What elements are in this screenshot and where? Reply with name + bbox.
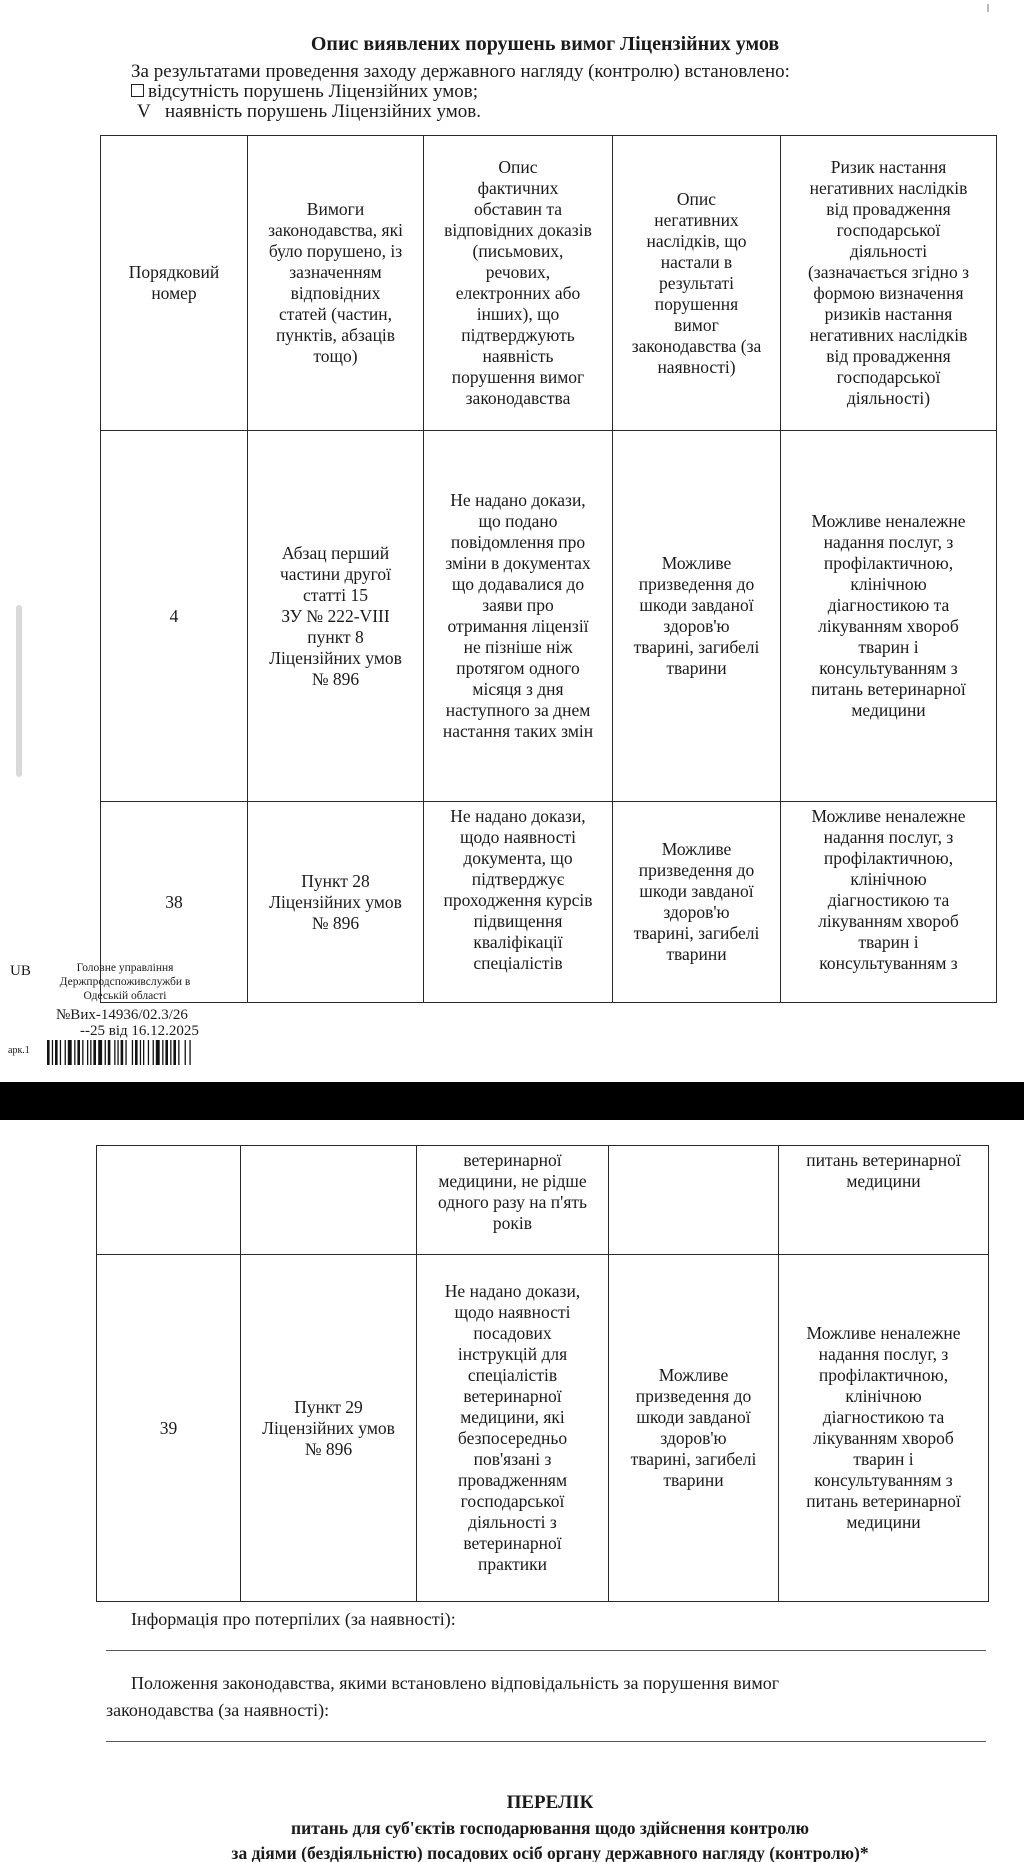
cell-text: надання послуг, з [784, 532, 993, 553]
table-row: 39Пункт 29Ліцензійних умов№ 896Не надано… [97, 1255, 989, 1602]
cell-text: призведення до [616, 860, 777, 881]
cell-text: тварин і [782, 1449, 985, 1470]
cell-text: вимог [616, 315, 777, 336]
cell-consequences: Можливепризведення дошкоди завданоїздоро… [613, 802, 781, 1003]
cell-text: господарської [420, 1491, 605, 1512]
cell-text: тварині, загибелі [612, 1449, 775, 1470]
cell-text: здоров'ю [612, 1428, 775, 1449]
cell-text: 4 [104, 606, 244, 627]
cell-text: Можливе [616, 839, 777, 860]
cell-text: тварині, загибелі [616, 637, 777, 658]
cell-text: проходження курсів [427, 890, 609, 911]
law-provisions-label-cont: законодавства (за наявності): [106, 1700, 329, 1721]
check-mark-icon: V [137, 102, 153, 122]
cell-text: підтверджують [427, 325, 609, 346]
stamp-organization: Головне управління Держпродспоживслужби … [45, 961, 205, 1003]
cell-text: здоров'ю [616, 616, 777, 637]
cell-text: питань ветеринарної [784, 679, 993, 700]
cell-text: надання послуг, з [784, 827, 993, 848]
law-provisions-line[interactable] [106, 1741, 986, 1742]
cell-text: Опис [616, 189, 777, 210]
cell-text: статті 15 [251, 585, 420, 606]
option-label: наявність порушень Ліцензійних умов. [165, 101, 481, 122]
cell-text: відповідних [251, 283, 420, 304]
cell-text: консультуванням з [784, 953, 993, 974]
cell-text: одного разу на п'ять [420, 1192, 605, 1213]
cell-text: спеціалістів [420, 1365, 605, 1386]
cell-text: Не надано докази, [420, 1281, 605, 1302]
cell-text: медицини [782, 1171, 985, 1192]
cell-text: консультуванням з [782, 1470, 985, 1491]
cell-text: Не надано докази, [427, 490, 609, 511]
cell-facts: Не надано докази,що поданоповідомлення п… [424, 431, 613, 802]
intro-text: За результатами проведення заходу держав… [131, 62, 790, 82]
cell-text: призведення до [616, 574, 777, 595]
cell-text: ЗУ № 222-VIII [251, 606, 420, 627]
cell-text: медицини [784, 700, 993, 721]
cell-text: документа, що [427, 848, 609, 869]
cell-text: відповідних доказів [427, 220, 609, 241]
cell-text: господарської [784, 367, 993, 388]
cell-text: років [420, 1213, 605, 1234]
cell-text: наявності) [616, 357, 777, 378]
cell-text: підтверджує [427, 869, 609, 890]
header-facts: Описфактичнихобставин тавідповідних дока… [424, 136, 613, 431]
cell-text: законодавства [427, 388, 609, 409]
cell-number: 4 [101, 431, 248, 802]
cell-text: настали в [616, 252, 777, 273]
cell-text: провадженням [420, 1470, 605, 1491]
cell-risk: Можливе неналежненадання послуг, зпрофіл… [781, 431, 997, 802]
cell-text: інструкцій для [420, 1344, 605, 1365]
cell-text: тварини [616, 658, 777, 679]
cell-text: Абзац перший [251, 543, 420, 564]
cell-text: що додавалися до [427, 574, 609, 595]
victims-info-label: Інформація про потерпілих (за наявності)… [131, 1609, 456, 1630]
cell-text: фактичних [427, 178, 609, 199]
document-title: Опис виявлених порушень вимог Ліцензійни… [0, 33, 1024, 56]
stamp-prefix: UB [10, 963, 31, 980]
cell-text: повідомлення про [427, 532, 609, 553]
cell-number: 39 [97, 1255, 241, 1602]
cell-text: електронних або [427, 283, 609, 304]
option-violations-found[interactable]: Vнаявність порушень Ліцензійних умов. [131, 102, 790, 122]
cell-text: діяльності з [420, 1512, 605, 1533]
cell-text: Пункт 28 [251, 871, 420, 892]
law-provisions-label: Положення законодавства, якими встановле… [131, 1673, 779, 1694]
cell-text: тварини [612, 1470, 775, 1491]
cell-text: питань ветеринарної [782, 1491, 985, 1512]
cell-text: Можливе неналежне [784, 806, 993, 827]
cell-text: наявність [427, 346, 609, 367]
cell-requirement: Пункт 29Ліцензійних умов№ 896 [241, 1255, 417, 1602]
cell-text: пов'язані з [420, 1449, 605, 1470]
list-title: ПЕРЕЛІК [0, 1792, 1024, 1814]
stamp-number: №Вих-14936/02.3/26 [56, 1008, 188, 1023]
cell-text: (письмових, [427, 241, 609, 262]
cell-text: від провадження [784, 346, 993, 367]
cell-text: Ліцензійних умов [251, 892, 420, 913]
cell-text: щодо наявності [427, 827, 609, 848]
cell-text: практики [420, 1554, 605, 1575]
cell-consequences [609, 1146, 779, 1255]
cell-text: було порушено, із [251, 241, 420, 262]
cell-text: № 896 [251, 669, 420, 690]
cell-text: наслідків, що [616, 231, 777, 252]
page-separator [0, 1082, 1024, 1120]
cell-text: лікуванням хвороб [784, 911, 993, 932]
cell-text: клінічною [784, 869, 993, 890]
header-consequences: Описнегативнихнаслідків, щонастали врезу… [613, 136, 781, 431]
checkbox-empty-icon[interactable] [131, 84, 144, 97]
table-row: 38Пункт 28Ліцензійних умов№ 896Не надано… [101, 802, 997, 1003]
stamp-sheet: арк.1 [8, 1045, 30, 1056]
cell-text: Можливе [616, 553, 777, 574]
cell-text: діагностикою та [784, 890, 993, 911]
cell-text: Порядковий [104, 262, 244, 283]
scan-speck [987, 4, 989, 12]
scrollbar-thumb[interactable] [16, 605, 22, 777]
cell-text: питань ветеринарної [782, 1150, 985, 1171]
cell-text: кваліфікації [427, 932, 609, 953]
cell-text: здоров'ю [616, 902, 777, 923]
cell-text: Не надано докази, [427, 806, 609, 827]
cell-text: ветеринарної [420, 1533, 605, 1554]
cell-text: 38 [104, 892, 244, 913]
cell-text: (зазначається згідно з [784, 262, 993, 283]
cell-text: від провадження [784, 199, 993, 220]
cell-text: профілактичною, [784, 848, 993, 869]
cell-text: клінічною [782, 1386, 985, 1407]
cell-text: Можливе [612, 1365, 775, 1386]
table-header-row: ПорядковийномерВимогизаконодавства, якіб… [101, 136, 997, 431]
cell-text: Можливе неналежне [782, 1323, 985, 1344]
cell-text: зміни в документах [427, 553, 609, 574]
cell-text: профілактичною, [782, 1365, 985, 1386]
list-subtitle-cont: за діями (бездіяльністю) посадових осіб … [0, 1843, 1024, 1862]
cell-text: тварині, загибелі [616, 923, 777, 944]
cell-text: тварин і [784, 637, 993, 658]
cell-text: тварини [616, 944, 777, 965]
option-label: відсутність порушень Ліцензійних умов; [148, 81, 478, 102]
cell-text: законодавства (за [616, 336, 777, 357]
cell-text: призведення до [612, 1386, 775, 1407]
table-row: 4Абзац першийчастини другоїстатті 15ЗУ №… [101, 431, 997, 802]
list-subtitle: питань для суб'єктів господарювання щодо… [0, 1818, 1024, 1839]
cell-text: номер [104, 283, 244, 304]
cell-text: що подано [427, 511, 609, 532]
cell-text: результаті [616, 273, 777, 294]
cell-text: законодавства, які [251, 220, 420, 241]
cell-text: статей (частин, [251, 304, 420, 325]
cell-text: негативних [616, 210, 777, 231]
cell-text: діагностикою та [782, 1407, 985, 1428]
option-no-violations[interactable]: відсутність порушень Ліцензійних умов; [131, 82, 790, 102]
cell-text: порушення вимог [427, 367, 609, 388]
stamp-date: --25 від 16.12.2025 [80, 1024, 199, 1039]
cell-text: спеціалістів [427, 953, 609, 974]
cell-text: медицини [782, 1512, 985, 1533]
cell-requirement: Абзац першийчастини другоїстатті 15ЗУ № … [248, 431, 424, 802]
cell-text: господарської [784, 220, 993, 241]
cell-text: негативних наслідків [784, 325, 993, 346]
cell-text: 39 [100, 1418, 237, 1439]
cell-risk: питань ветеринарноїмедицини [779, 1146, 989, 1255]
cell-text: № 896 [244, 1439, 413, 1460]
cell-text: надання послуг, з [782, 1344, 985, 1365]
cell-text: Пункт 29 [244, 1397, 413, 1418]
cell-text: ризиків настання [784, 304, 993, 325]
cell-facts: Не надано докази,щодо наявностідокумента… [424, 802, 613, 1003]
cell-text: пункт 8 [251, 627, 420, 648]
cell-text: пунктів, абзаців [251, 325, 420, 346]
cell-text: ветеринарної [420, 1150, 605, 1171]
cell-text: лікуванням хвороб [782, 1428, 985, 1449]
header-requirement: Вимогизаконодавства, якібуло порушено, і… [248, 136, 424, 431]
header-risk: Ризик настаннянегативних наслідківвід пр… [781, 136, 997, 431]
cell-text: медицини, не рідше [420, 1171, 605, 1192]
cell-text: тварин і [784, 932, 993, 953]
cell-text: підвищення [427, 911, 609, 932]
violations-table-continued: ветеринарноїмедицини, не рідшеодного раз… [96, 1145, 989, 1602]
cell-facts: ветеринарноїмедицини, не рідшеодного раз… [417, 1146, 609, 1255]
cell-facts: Не надано докази,щодо наявностіпосадових… [417, 1255, 609, 1602]
cell-text: медицини, які [420, 1407, 605, 1428]
cell-text: клінічною [784, 574, 993, 595]
cell-text: порушення [616, 294, 777, 315]
cell-requirement: Пункт 28Ліцензійних умов№ 896 [248, 802, 424, 1003]
cell-text: Вимоги [251, 199, 420, 220]
header-number: Порядковийномер [101, 136, 248, 431]
cell-consequences: Можливепризведення дошкоди завданоїздоро… [609, 1255, 779, 1602]
stamp-org-line: Держпродспоживслужби в [45, 975, 205, 989]
cell-text: шкоди завданої [616, 595, 777, 616]
cell-text: речових, [427, 262, 609, 283]
cell-text: діяльності [784, 241, 993, 262]
cell-text: Можливе неналежне [784, 511, 993, 532]
cell-text: отримання ліцензії [427, 616, 609, 637]
cell-text: Ризик настання [784, 157, 993, 178]
cell-consequences: Можливепризведення дошкоди завданоїздоро… [613, 431, 781, 802]
cell-risk: Можливе неналежненадання послуг, зпрофіл… [781, 802, 997, 1003]
cell-text: Опис [427, 157, 609, 178]
stamp-org-line: Головне управління [45, 961, 205, 975]
stamp-org-line: Одеській області [45, 989, 205, 1003]
violations-table: ПорядковийномерВимогизаконодавства, якіб… [100, 135, 997, 1003]
cell-text: зазначенням [251, 262, 420, 283]
cell-text: інших), що [427, 304, 609, 325]
cell-text: Ліцензійних умов [244, 1418, 413, 1439]
cell-text: настання таких змін [427, 721, 609, 742]
cell-text: діагностикою та [784, 595, 993, 616]
cell-text: консультуванням з [784, 658, 993, 679]
cell-text: негативних наслідків [784, 178, 993, 199]
intro-block: За результатами проведення заходу держав… [131, 62, 790, 122]
cell-risk: Можливе неналежненадання послуг, зпрофіл… [779, 1255, 989, 1602]
cell-text: заяви про [427, 595, 609, 616]
cell-text: місяця з дня [427, 679, 609, 700]
barcode-icon [47, 1040, 260, 1065]
cell-text: лікуванням хвороб [784, 616, 993, 637]
cell-number [97, 1146, 241, 1255]
cell-text: шкоди завданої [612, 1407, 775, 1428]
cell-text: не пізніше ніж [427, 637, 609, 658]
cell-text: тощо) [251, 346, 420, 367]
table-row: ветеринарноїмедицини, не рідшеодного раз… [97, 1146, 989, 1255]
cell-text: щодо наявності [420, 1302, 605, 1323]
cell-text: шкоди завданої [616, 881, 777, 902]
cell-text: Ліцензійних умов [251, 648, 420, 669]
cell-text: протягом одного [427, 658, 609, 679]
cell-requirement [241, 1146, 417, 1255]
cell-text: ветеринарної [420, 1386, 605, 1407]
cell-text: діяльності) [784, 388, 993, 409]
cell-text: профілактичною, [784, 553, 993, 574]
victims-info-line[interactable] [106, 1650, 986, 1651]
cell-text: обставин та [427, 199, 609, 220]
cell-text: частини другої [251, 564, 420, 585]
cell-text: посадових [420, 1323, 605, 1344]
cell-text: безпосередньо [420, 1428, 605, 1449]
cell-text: формою визначення [784, 283, 993, 304]
cell-text: наступного за днем [427, 700, 609, 721]
cell-text: № 896 [251, 913, 420, 934]
